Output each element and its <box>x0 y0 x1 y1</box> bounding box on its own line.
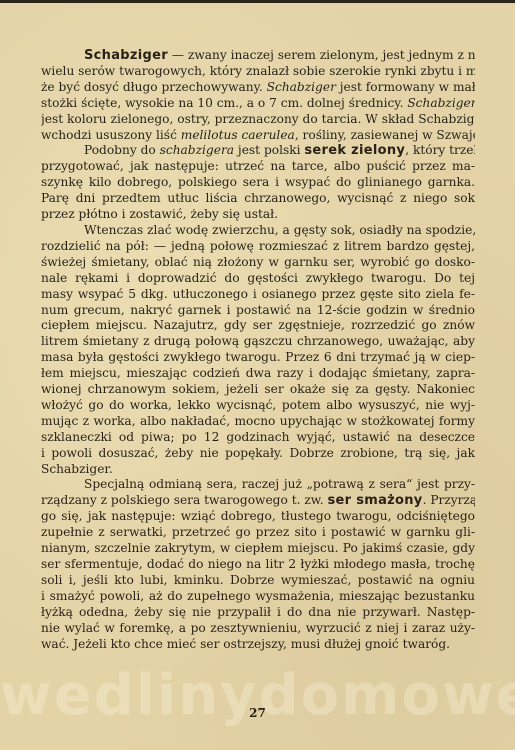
book-page: Schabziger — zwany inaczej serem zielony… <box>0 3 515 750</box>
term-ser-smazony: ser smażony <box>328 493 423 508</box>
paragraph-serek-zielony: Podobny do schabzigera jest polski serek… <box>41 143 475 223</box>
term-schabziger: Schabziger <box>84 48 168 63</box>
page-body-text: Schabziger — zwany inaczej serem zielony… <box>41 48 475 652</box>
paragraph-ser-smazony: Specjalną odmianą sera, raczej już „potr… <box>41 477 475 652</box>
term-serek-zielony: serek zielony <box>304 143 405 158</box>
page-number: 27 <box>0 706 515 720</box>
paragraph-preparation: Wtenczas zlać wodę zwierzchu, a gęsty so… <box>41 223 475 478</box>
paragraph-schabziger: Schabziger — zwany inaczej serem zielony… <box>41 48 475 143</box>
